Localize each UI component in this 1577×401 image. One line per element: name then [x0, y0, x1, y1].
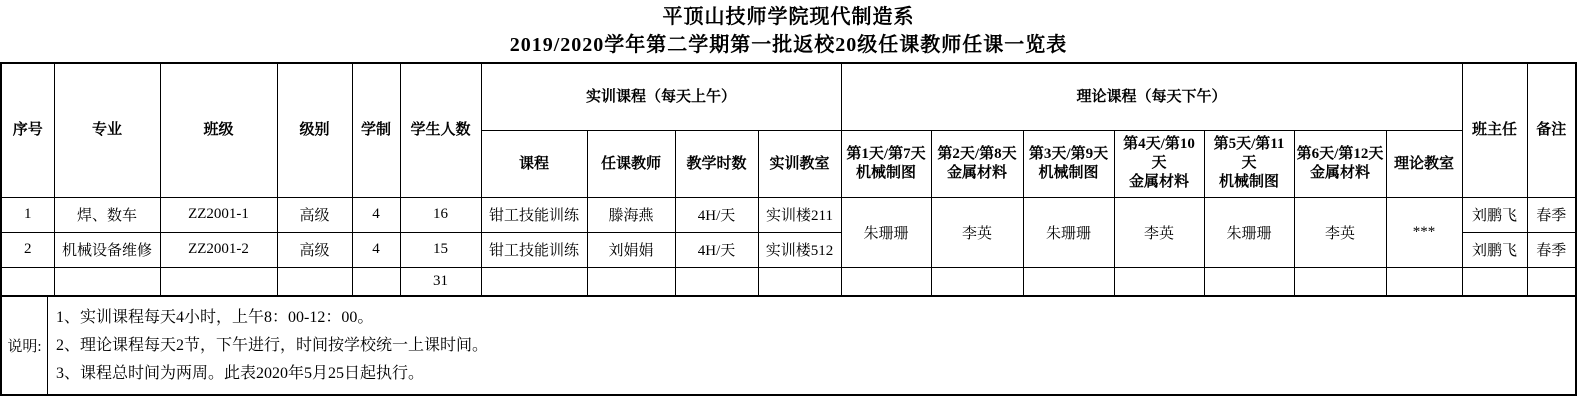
group-header-theory: 理论课程（每天下午）: [841, 63, 1462, 130]
doc-title: 平顶山技师学院现代制造系: [0, 3, 1577, 31]
cell-theory-teacher-6: 李英: [1294, 197, 1386, 267]
theory-day-range: 第6天/第12天: [1297, 145, 1384, 164]
theory-day-header-6: 第6天/第12天 金属材料: [1294, 130, 1386, 197]
col-header-duration: 学制: [352, 63, 400, 197]
cell-head-teacher: 刘鹏飞: [1462, 232, 1527, 267]
notes-label: 说明:: [2, 297, 48, 394]
cell-theory-teacher-1: 朱珊珊: [841, 197, 931, 267]
cell-students: 15: [400, 232, 481, 267]
cell-total-students: 31: [400, 267, 481, 296]
col-header-head-teacher: 班主任: [1462, 63, 1527, 197]
notes-body: 1、实训课程每天4小时，上午8：00-12：00。 2、理论课程每天2节，下午进…: [48, 297, 1575, 394]
theory-day-range: 第1天/第7天: [844, 145, 929, 164]
col-header-level: 级别: [277, 63, 352, 197]
cell-empty: [1527, 267, 1576, 296]
theory-day-header-3: 第3天/第9天 机械制图: [1023, 130, 1114, 197]
cell-level: 高级: [277, 197, 352, 232]
cell-empty: [54, 267, 160, 296]
theory-day-range: 第2天/第8天: [934, 145, 1021, 164]
cell-major: 焊、数车: [54, 197, 160, 232]
cell-empty: [1386, 267, 1462, 296]
cell-theory-teacher-3: 朱珊珊: [1023, 197, 1114, 267]
cell-course: 钳工技能训练: [481, 232, 587, 267]
col-header-teacher: 任课教师: [587, 130, 675, 197]
cell-empty: [931, 267, 1023, 296]
col-header-practical-room: 实训教室: [758, 130, 841, 197]
cell-empty: [587, 267, 675, 296]
col-header-course: 课程: [481, 130, 587, 197]
theory-day-subject: 金属材料: [1297, 164, 1384, 183]
col-header-remark: 备注: [1527, 63, 1576, 197]
theory-day-subject: 机械制图: [844, 164, 929, 183]
col-header-students: 学生人数: [400, 63, 481, 197]
doc-subtitle: 2019/2020学年第二学期第一批返校20级任课教师任课一览表: [0, 31, 1577, 59]
theory-day-range: 第3天/第9天: [1026, 145, 1112, 164]
theory-day-header-4: 第4天/第10天 金属材料: [1114, 130, 1204, 197]
cell-empty: [481, 267, 587, 296]
table-row-1: 1 焊、数车 ZZ2001-1 高级 4 16 钳工技能训练 滕海燕 4H/天 …: [1, 197, 1576, 232]
cell-empty: [1114, 267, 1204, 296]
col-header-major: 专业: [54, 63, 160, 197]
cell-remark: 春季: [1527, 197, 1576, 232]
cell-hours: 4H/天: [675, 197, 758, 232]
cell-practical-room: 实训楼211: [758, 197, 841, 232]
cell-students: 16: [400, 197, 481, 232]
timetable-document: 平顶山技师学院现代制造系 2019/2020学年第二学期第一批返校20级任课教师…: [0, 0, 1577, 401]
note-line-1: 1、实训课程每天4小时，上午8：00-12：00。: [56, 304, 1575, 332]
col-header-theory-room: 理论教室: [1386, 130, 1462, 197]
theory-day-header-2: 第2天/第8天 金属材料: [931, 130, 1023, 197]
cell-empty: [675, 267, 758, 296]
title-block: 平顶山技师学院现代制造系 2019/2020学年第二学期第一批返校20级任课教师…: [0, 0, 1577, 62]
header-row-groups: 序号 专业 班级 级别 学制 学生人数 实训课程（每天上午） 理论课程（每天下午…: [1, 63, 1576, 130]
col-header-class: 班级: [160, 63, 277, 197]
cell-practical-room: 实训楼512: [758, 232, 841, 267]
theory-day-range: 第4天/第10天: [1117, 135, 1202, 173]
notes-section: 说明: 1、实训课程每天4小时，上午8：00-12：00。 2、理论课程每天2节…: [0, 297, 1577, 396]
note-line-3: 3、课程总时间为两周。此表2020年5月25日起执行。: [56, 360, 1575, 388]
cell-duration: 4: [352, 232, 400, 267]
cell-empty: [841, 267, 931, 296]
cell-empty: [758, 267, 841, 296]
cell-teacher: 刘娟娟: [587, 232, 675, 267]
total-row: 31: [1, 267, 1576, 296]
cell-class: ZZ2001-2: [160, 232, 277, 267]
theory-day-header-1: 第1天/第7天 机械制图: [841, 130, 931, 197]
cell-empty: [1462, 267, 1527, 296]
cell-empty: [277, 267, 352, 296]
cell-head-teacher: 刘鹏飞: [1462, 197, 1527, 232]
cell-empty: [1294, 267, 1386, 296]
col-header-hours: 教学时数: [675, 130, 758, 197]
theory-day-header-5: 第5天/第11天 机械制图: [1204, 130, 1294, 197]
theory-day-range: 第5天/第11天: [1207, 135, 1292, 173]
cell-empty: [1, 267, 54, 296]
cell-empty: [352, 267, 400, 296]
cell-level: 高级: [277, 232, 352, 267]
cell-duration: 4: [352, 197, 400, 232]
theory-day-subject: 金属材料: [1117, 173, 1202, 192]
cell-theory-room: ***: [1386, 197, 1462, 267]
cell-theory-teacher-5: 朱珊珊: [1204, 197, 1294, 267]
cell-seq: 1: [1, 197, 54, 232]
theory-day-subject: 机械制图: [1026, 164, 1112, 183]
cell-class: ZZ2001-1: [160, 197, 277, 232]
cell-major: 机械设备维修: [54, 232, 160, 267]
cell-theory-teacher-4: 李英: [1114, 197, 1204, 267]
cell-course: 钳工技能训练: [481, 197, 587, 232]
theory-day-subject: 金属材料: [934, 164, 1021, 183]
group-header-practical: 实训课程（每天上午）: [481, 63, 841, 130]
cell-teacher: 滕海燕: [587, 197, 675, 232]
theory-day-subject: 机械制图: [1207, 173, 1292, 192]
cell-hours: 4H/天: [675, 232, 758, 267]
cell-empty: [1204, 267, 1294, 296]
cell-seq: 2: [1, 232, 54, 267]
cell-theory-teacher-2: 李英: [931, 197, 1023, 267]
note-line-2: 2、理论课程每天2节，下午进行，时间按学校统一上课时间。: [56, 332, 1575, 360]
cell-empty: [160, 267, 277, 296]
schedule-table: 序号 专业 班级 级别 学制 学生人数 实训课程（每天上午） 理论课程（每天下午…: [0, 62, 1577, 297]
cell-remark: 春季: [1527, 232, 1576, 267]
col-header-seq: 序号: [1, 63, 54, 197]
cell-empty: [1023, 267, 1114, 296]
